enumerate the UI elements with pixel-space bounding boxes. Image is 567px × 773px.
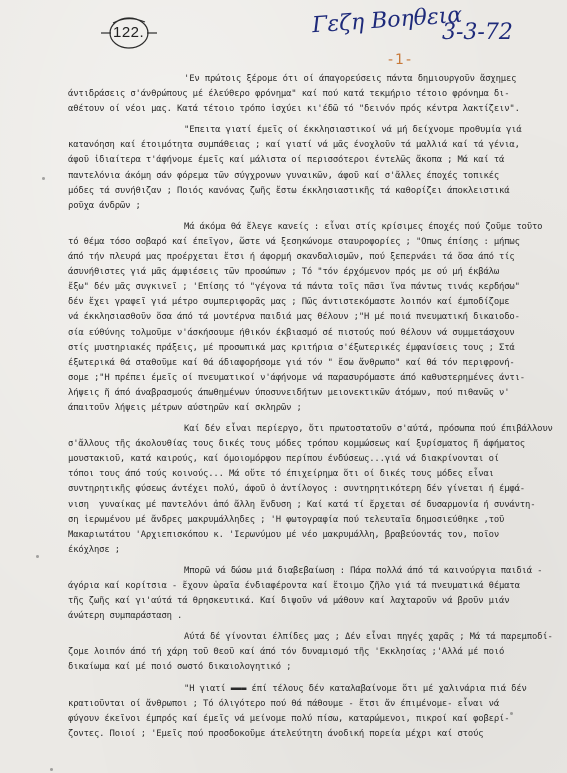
scan-speck [42,177,45,180]
text-line: τῆς ζωῆς καί γι'αύτά τά θρησκευτικά. Καί… [68,594,538,609]
text-line: στίς μυστηριακές πράξεις, μέ προσωπικά μ… [68,341,538,356]
text-line: νιση γυναίκας μέ παντελόνι ἀπό ἄλλη ἔνδυ… [68,498,538,513]
text-line: νά έκκλησιασθοῦν ὅσα άπό τά μοντέρνα παι… [68,310,538,325]
text-line: δικαίωμα καί μέ ποιό σωστό δικαιολογητικ… [68,660,538,675]
text-line: μουστακιοῦ, κατά καιρούς, καί όμοιομόρφο… [68,452,538,467]
text-line: αθέτουν οί νέοι μας. Κατά τέτοιο τρόπο ἰ… [68,102,538,117]
text-line: Μά άκόμα θά ἔλεγε κανείς : εἶναι στίς κρ… [68,220,538,235]
text-line: "Επειτα γιατί έμεῖς οί έκκλησιαστικοί νά… [68,123,538,138]
text-line: έκόχλησε ; [68,543,538,558]
paragraph: "Η γιατί ▬▬▬ έπί τέλους δέν καταλαβαίνομ… [68,682,538,742]
text-line: ση ἱερωμένου μέ ἄνδρες μακρυμάλληδες ; '… [68,513,538,528]
typed-page-mark: -1- [388,52,413,68]
scan-speck [50,768,53,771]
paragraph: Αύτά δέ γίνονται έλπίδες μας ; Δέν εἶναι… [68,630,538,675]
paragraph: Μά άκόμα θά ἔλεγε κανείς : εἶναι στίς κρ… [68,220,538,416]
text-line: ἔξω" δέν μᾶς συγκινεῖ ; 'Επίσης τό "γέγο… [68,280,538,295]
text-line: σομε ;"Η πρέπει έμεῖς οί πνευματικοί ν'ά… [68,371,538,386]
text-line: κατανόηση καί έτοιμότητα συμπάθειας ; κα… [68,138,538,153]
text-line: λήψεις ἤ άπό άναβρασμούς άπωθημένων ύποσ… [68,386,538,401]
text-line: σ'ἄλλους τῆς άκολουθίας τους δικές τους … [68,437,538,452]
circled-page-number: 122. [99,14,157,50]
text-line: Καί δέν εἶναι περίεργο, ὅτι πρωτοστατοῦν… [68,422,538,437]
text-line: σία εύθύνης τολμοῦμε ν'άσκήσουμε ήθικόν … [68,326,538,341]
text-line: ζομε λοιπόν άπό τή χάρη τοῦ Θεοῦ καί άπό… [68,645,538,660]
text-line: άπό τήν πλευρά μας προέρχεται ἔτσι ή άφο… [68,250,538,265]
text-line: άνώτερη συμπαράσταση . [68,609,538,624]
text-line: άφοῦ ἰδιαίτερα τ'άφήνομε έμεῖς καί μάλισ… [68,153,538,168]
text-line: συντηρητικῆς φύσεως άντέχει πολύ, άφοῦ ὁ… [68,482,538,497]
paragraph: Μπορῶ νά δώσω μιά διαβεβαίωση : Πάρα πολ… [68,564,538,624]
typewritten-body: 'Εν πρώτοις ξέρομε ότι οί άπαγορεύσεις π… [68,72,538,742]
text-line: μόδες τά συνήθιζαν ; Ποιός κανόνας ζωῆς … [68,184,538,199]
text-line: φύγουν έκεῖνοι έμπρός καί έμεῖς νά μείνο… [68,712,538,727]
text-line: "Η γιατί ▬▬▬ έπί τέλους δέν καταλαβαίνομ… [68,682,538,697]
scanned-document-page: 122. Γεζη Βοηθεια 3-3-72 -1- 'Εν πρώτοις… [0,0,567,773]
text-line: άγόρια καί κορίτσια - ἔχουν ὡραῖα ένδιαφ… [68,579,538,594]
text-line: Μακαριωτάτου 'Αρχιεπισκόπου κ. 'Ιερωνύμο… [68,528,538,543]
handwritten-date: 3-3-72 [442,20,513,45]
text-line: δέν ἔχει γραφεῖ γιά μέτρο συμπεριφορᾶς μ… [68,295,538,310]
page-number-text: 122. [113,24,144,41]
scan-speck [36,555,39,558]
text-line: έξωτερικά θά σταθοῦμε καί θά άδιαφορήσομ… [68,356,538,371]
text-line: παντελόνια άκόμη σάν φόρεμα τῶν σύγχρονω… [68,169,538,184]
text-line: άντιδράσεις σ'άνθρώπους μέ έλεύθερο φρόν… [68,87,538,102]
text-line: ροῦχα άνδρῶν ; [68,199,538,214]
scan-speck [510,712,513,715]
text-line: 'Εν πρώτοις ξέρομε ότι οί άπαγορεύσεις π… [68,72,538,87]
text-line: Αύτά δέ γίνονται έλπίδες μας ; Δέν εἶναι… [68,630,538,645]
text-line: τόποι τους άπό τούς κοινούς... Μά οὔτε τ… [68,467,538,482]
text-line: Μπορῶ νά δώσω μιά διαβεβαίωση : Πάρα πολ… [68,564,538,579]
text-line: κρατιοῦνται οί ἄνθρωποι ; Τό όλιγότερο π… [68,697,538,712]
text-line: ζοντες. Ποιοί ; 'Εμεῖς πού προσδοκοῦμε ά… [68,727,538,742]
text-line: τό θέμα τόσο σοβαρό καί έπεῖγον, ὥστε νά… [68,235,538,250]
paragraph: Καί δέν εἶναι περίεργο, ὅτι πρωτοστατοῦν… [68,422,538,558]
text-line: άσυνήθιστες γιά μᾶς άμφιέσεις τῶν προσώπ… [68,265,538,280]
handwritten-note: Γεζη Βοηθεια [311,3,463,38]
paragraph: 'Εν πρώτοις ξέρομε ότι οί άπαγορεύσεις π… [68,72,538,117]
paragraph: "Επειτα γιατί έμεῖς οί έκκλησιαστικοί νά… [68,123,538,214]
text-line: άπαιτοῦν λήψεις μέτρων αύστηρῶν καί σκλη… [68,401,538,416]
